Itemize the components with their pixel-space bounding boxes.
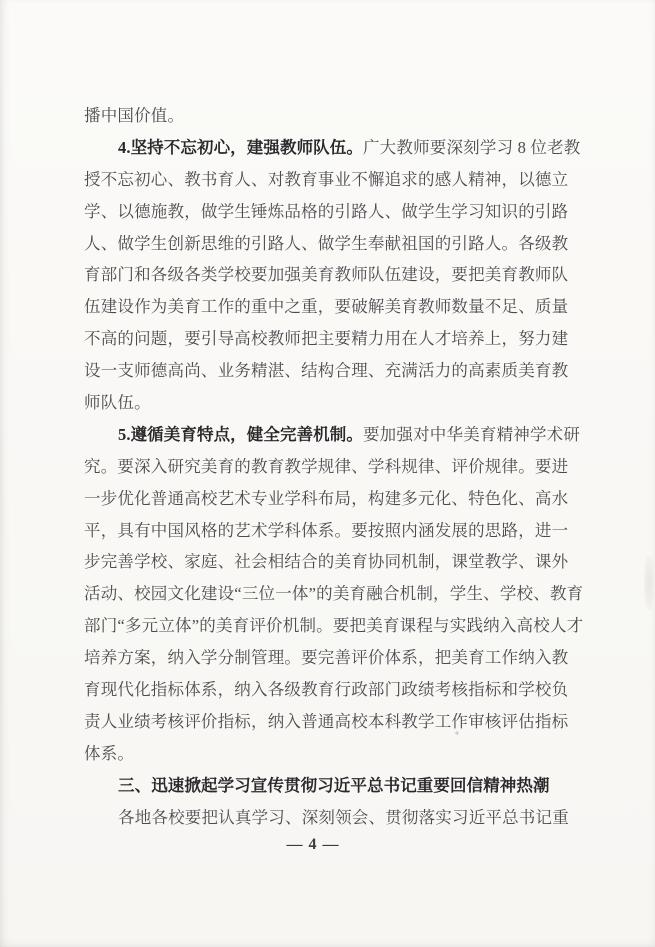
text-line: 平，具有中国风格的艺术学科体系。要按照内涵发展的思路，进一 <box>84 515 578 547</box>
document-body: 播中国价值。4.坚持不忘初心，建强教师队伍。广大教师要深刻学习 8 位老教授不忘… <box>84 100 578 833</box>
text-segment: 究。要深入研究美育的教育教学规律、学科规律、评价规律。要进 <box>84 457 568 476</box>
text-segment: 平，具有中国风格的艺术学科体系。要按照内涵发展的思路，进一 <box>84 521 568 540</box>
text-segment: 伍建设作为美育工作的重中之重，要破解美育教师数量不足、质量 <box>84 297 568 316</box>
text-segment: 责人业绩考核评价指标，纳入普通高校本科教学工作审核评估指标 <box>84 712 568 731</box>
bold-lead: 5.遵循美育特点，健全完善机制。 <box>118 425 363 444</box>
text-segment: 广大教师要深刻学习 8 位老教 <box>363 138 581 157</box>
text-segment: 不高的问题，要引导高校教师把主要精力用在人才培养上，努力建 <box>84 329 568 348</box>
text-line: 究。要深入研究美育的教育教学规律、学科规律、评价规律。要进 <box>84 451 578 483</box>
text-line: 学、以德施教，做学生锤炼品格的引路人、做学生学习知识的引路 <box>84 196 578 228</box>
text-segment: 部门“多元立体”的美育评价机制。要把美育课程与实践纳入高校人才 <box>84 616 583 635</box>
text-line: 培养方案，纳入学分制管理。要完善评价体系，把美育工作纳入教 <box>84 642 578 674</box>
text-line: 部门“多元立体”的美育评价机制。要把美育课程与实践纳入高校人才 <box>84 610 578 642</box>
text-line: 人、做学生创新思维的引路人、做学生奉献祖国的引路人。各级教 <box>84 228 578 260</box>
document-page: 播中国价值。4.坚持不忘初心，建强教师队伍。广大教师要深刻学习 8 位老教授不忘… <box>0 0 655 947</box>
bold-lead: 4.坚持不忘初心，建强教师队伍。 <box>118 138 363 157</box>
text-line: 活动、校园文化建设“三位一体”的美育融合机制，学生、学校、教育 <box>84 578 578 610</box>
text-line: 播中国价值。 <box>84 100 578 132</box>
text-line: 一步优化普通高校艺术专业学科布局，构建多元化、特色化、高水 <box>84 483 578 515</box>
text-segment: 播中国价值。 <box>84 106 184 125</box>
text-line: 伍建设作为美育工作的重中之重，要破解美育教师数量不足、质量 <box>84 291 578 323</box>
text-line: 体系。 <box>84 738 578 770</box>
text-segment: 师队伍。 <box>84 393 151 412</box>
text-segment: 活动、校园文化建设“三位一体”的美育融合机制，学生、学校、教育 <box>84 584 583 603</box>
text-segment: 体系。 <box>84 744 134 763</box>
scan-edge-smudge <box>644 556 654 610</box>
text-segment: 人、做学生创新思维的引路人、做学生奉献祖国的引路人。各级教 <box>84 234 568 253</box>
text-segment: 设一支师德高尚、业务精湛、结构合理、充满活力的高素质美育教 <box>84 361 568 380</box>
text-line: 三、迅速掀起学习宣传贯彻习近平总书记重要回信精神热潮 <box>84 770 578 802</box>
text-segment: 各地各校要把认真学习、深刻领会、贯彻落实习近平总书记重 <box>118 808 569 827</box>
text-line: 育部门和各级各类学校要加强美育教师队伍建设，要把美育教师队 <box>84 259 578 291</box>
text-line: 师队伍。 <box>84 387 578 419</box>
text-segment: 培养方案，纳入学分制管理。要完善评价体系，把美育工作纳入教 <box>84 648 568 667</box>
text-line: 不高的问题，要引导高校教师把主要精力用在人才培养上，努力建 <box>84 323 578 355</box>
text-segment: 学、以德施教，做学生锤炼品格的引路人、做学生学习知识的引路 <box>84 202 568 221</box>
text-line: 授不忘初心、教书育人、对教育事业不懈追求的感人精神，以德立 <box>84 164 578 196</box>
text-segment: 步完善学校、家庭、社会相结合的美育协同机制，课堂教学、课外 <box>84 552 568 571</box>
text-segment: 育现代化指标体系，纳入各级教育行政部门政绩考核指标和学校负 <box>84 680 568 699</box>
text-line: 步完善学校、家庭、社会相结合的美育协同机制，课堂教学、课外 <box>84 546 578 578</box>
text-line: 设一支师德高尚、业务精湛、结构合理、充满活力的高素质美育教 <box>84 355 578 387</box>
text-line: 5.遵循美育特点，健全完善机制。要加强对中华美育精神学术研 <box>84 419 578 451</box>
bold-lead: 三、迅速掀起学习宣传贯彻习近平总书记重要回信精神热潮 <box>118 776 550 795</box>
text-line: 各地各校要把认真学习、深刻领会、贯彻落实习近平总书记重 <box>84 802 578 834</box>
text-segment: 育部门和各级各类学校要加强美育教师队伍建设，要把美育教师队 <box>84 265 568 284</box>
text-segment: 一步优化普通高校艺术专业学科布局，构建多元化、特色化、高水 <box>84 489 568 508</box>
text-line: 4.坚持不忘初心，建强教师队伍。广大教师要深刻学习 8 位老教 <box>84 132 578 164</box>
text-line: 育现代化指标体系，纳入各级教育行政部门政绩考核指标和学校负 <box>84 674 578 706</box>
text-line: 责人业绩考核评价指标，纳入普通高校本科教学工作审核评估指标 <box>84 706 578 738</box>
text-segment: 授不忘初心、教书育人、对教育事业不懈追求的感人精神，以德立 <box>84 170 568 189</box>
text-segment: 要加强对中华美育精神学术研 <box>363 425 580 444</box>
page-number: — 4 — <box>84 836 542 854</box>
